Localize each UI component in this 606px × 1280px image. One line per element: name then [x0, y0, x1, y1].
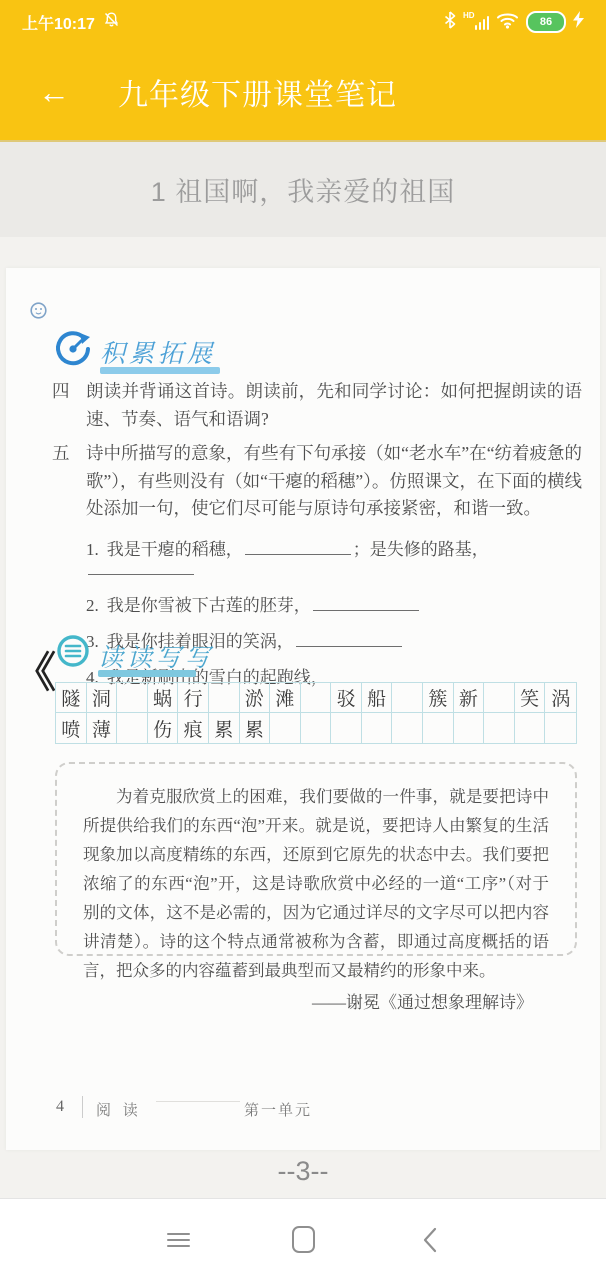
vocab-cell [301, 683, 332, 713]
app-title: 九年级下册课堂笔记 [118, 70, 397, 114]
screen: 上午10:17 HD 86 ← 九年级下册课堂笔记 [0, 0, 606, 1280]
vocab-cell [423, 713, 454, 743]
menu-icon[interactable] [154, 1200, 202, 1279]
vocab-cell: 笑 [515, 683, 546, 713]
book-footer: 4 阅 读 第一单元 [52, 1096, 572, 1120]
vocab-cell [209, 683, 240, 713]
battery-icon: 86 [526, 11, 566, 33]
vocab-cell: 蜗 [148, 683, 179, 713]
vocab-cell: 伤 [148, 713, 179, 743]
vocab-cell: 船 [362, 683, 393, 713]
vocab-cell [454, 713, 485, 743]
footer-rule [156, 1101, 240, 1102]
quote-attribution: ——谢冕《通过想象理解诗》 [83, 988, 549, 1013]
vocab-cell [484, 683, 515, 713]
footer-unit-label: 第一单元 [244, 1099, 312, 1120]
vocab-cell: 淤 [240, 683, 271, 713]
quote-text: 为着克服欣赏上的困难，我们要做的一件事，就是要把诗中所提供给我们的东西“泡”开来… [83, 782, 549, 985]
fill-blank-item: 2.我是你雪被下古莲的胚芽， [86, 591, 582, 616]
vocab-cell: 喷 [56, 713, 87, 743]
vocab-cell [515, 713, 546, 743]
readwrite-section-title: 读读写写 [98, 638, 214, 674]
blank-line [313, 597, 419, 611]
vocab-cell [301, 713, 332, 743]
vocab-cell: 涡 [545, 683, 576, 713]
accumulate-section-icon [54, 330, 92, 373]
footer-section-label: 阅 读 [96, 1099, 142, 1120]
vocab-cell [545, 713, 576, 743]
readwrite-section-icon [56, 634, 90, 673]
lesson-title: 1 祖国啊，我亲爱的祖国 [151, 170, 456, 209]
vocab-cell: 隧 [56, 683, 87, 713]
blank-line [88, 561, 194, 575]
home-icon[interactable] [279, 1200, 327, 1279]
mute-icon [103, 11, 120, 33]
back-nav-icon[interactable] [406, 1200, 454, 1279]
charging-icon [573, 11, 584, 33]
status-time: 上午10:17 [22, 11, 95, 34]
hd-signal-icon: HD [463, 12, 489, 32]
back-button[interactable]: ← [38, 76, 84, 108]
blank-line [330, 669, 436, 683]
wifi-icon [496, 11, 519, 34]
vocab-cell: 薄 [87, 713, 118, 743]
vocab-cell [392, 683, 423, 713]
question-four: 四 朗读并背诵这首诗。朗读前，先和同学讨论：如何把握朗读的语速、节奏、语气和语调… [52, 378, 582, 433]
fill-blank-item: 1.我是干瘪的稻穗，；是失修的路基， [86, 535, 582, 580]
blank-line [296, 633, 402, 647]
accumulate-section-title: 积累拓展 [100, 334, 216, 370]
bluetooth-icon [444, 11, 456, 34]
vocab-cell [362, 713, 393, 743]
book-page-number: 4 [56, 1098, 64, 1116]
page-turn-left-indicator[interactable]: 《 [14, 640, 56, 700]
vocab-cell [270, 713, 301, 743]
vocab-cell: 累 [209, 713, 240, 743]
vocab-cell [392, 713, 423, 743]
readwrite-underline [98, 670, 196, 677]
vocab-cell: 累 [240, 713, 271, 743]
smiley-icon [30, 302, 47, 324]
vocab-cell [117, 713, 148, 743]
vocab-cell: 簇 [423, 683, 454, 713]
app-bar: ← 九年级下册课堂笔记 [0, 44, 606, 140]
vocab-cell: 滩 [270, 683, 301, 713]
vocab-table: 隧洞蜗行淤滩驳船簇新笑涡喷薄伤痕累累 [55, 682, 577, 744]
vocab-cell [331, 713, 362, 743]
book-page: 积累拓展 四 朗读并背诵这首诗。朗读前，先和同学讨论：如何把握朗读的语速、节奏、… [6, 268, 600, 1150]
status-bar: 上午10:17 HD 86 [0, 0, 606, 44]
question-five: 五 诗中所描写的意象，有些有下句承接（如“老水车”在“纺着疲惫的歌”），有些则没… [52, 440, 582, 523]
vocab-cell [117, 683, 148, 713]
vocab-cell: 洞 [87, 683, 118, 713]
lesson-title-bar: 1 祖国啊，我亲爱的祖国 [0, 142, 606, 237]
quote-box: 为着克服欣赏上的困难，我们要做的一件事，就是要把诗中所提供给我们的东西“泡”开来… [55, 762, 577, 956]
reader-page-indicator: --3-- [0, 1156, 606, 1187]
vocab-cell: 行 [178, 683, 209, 713]
vocab-cell: 痕 [178, 713, 209, 743]
vocab-cell [484, 713, 515, 743]
accumulate-underline [100, 367, 220, 374]
footer-divider [82, 1096, 83, 1118]
android-nav-bar [0, 1198, 606, 1280]
vocab-cell: 驳 [331, 683, 362, 713]
blank-line [245, 541, 351, 555]
vocab-cell: 新 [454, 683, 485, 713]
